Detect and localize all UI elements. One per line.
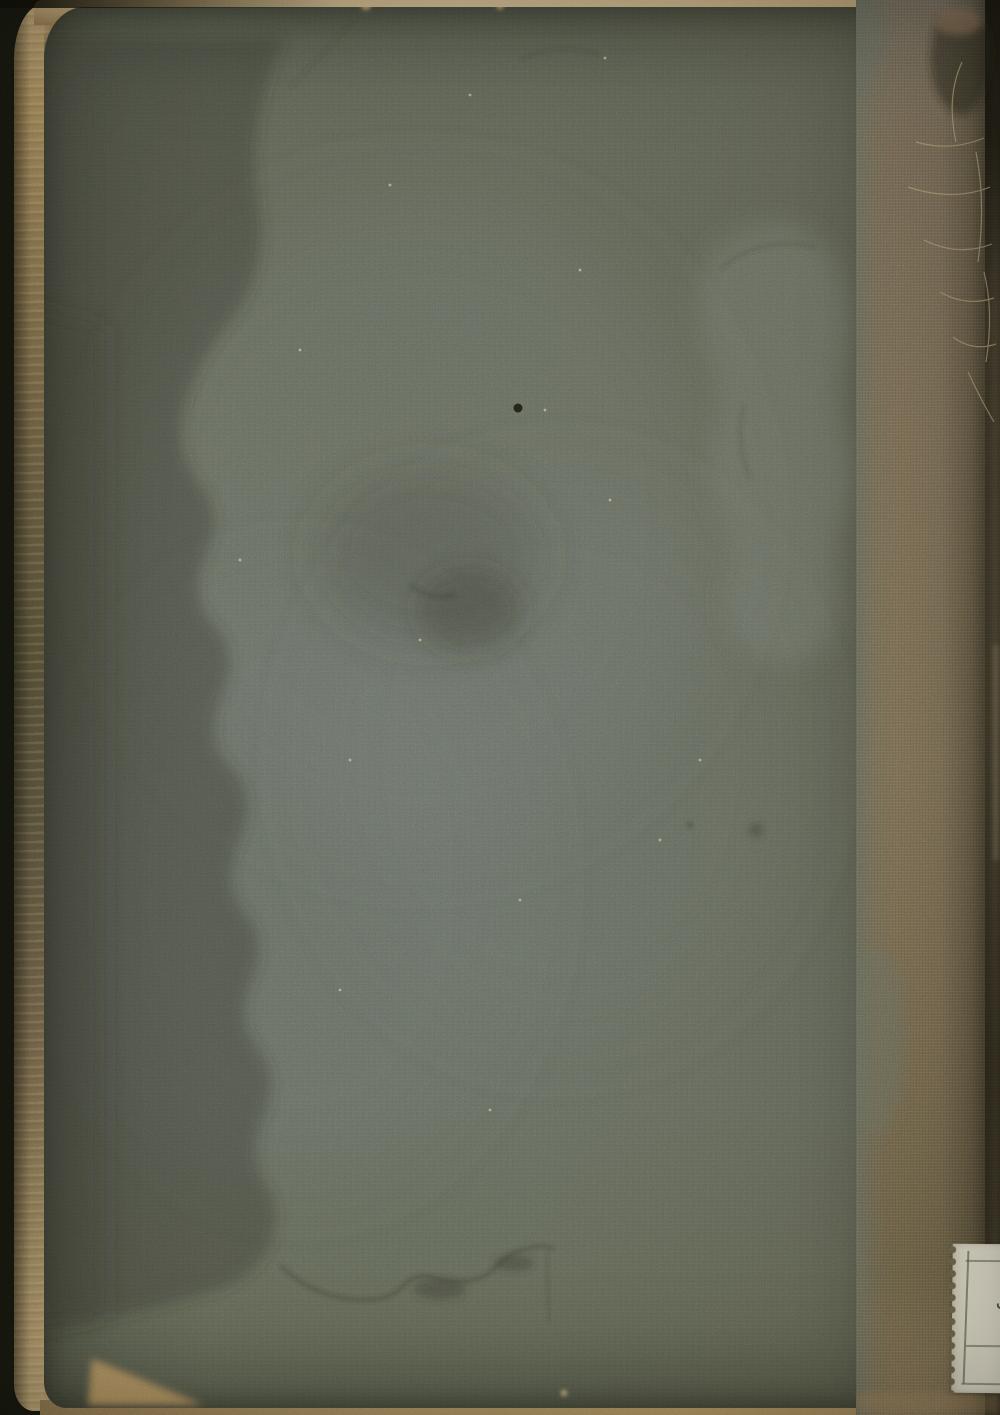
corner-wear-wedge (88, 1359, 204, 1405)
bottom-tideline (280, 1246, 554, 1323)
spine-cloth-detail (856, 0, 1000, 1415)
catalog-label: ت ای م (951, 1244, 1000, 1394)
label-text-fragment: ای (992, 1286, 1000, 1312)
book-cover-scan: ت ای م (0, 0, 1000, 1415)
cover-stains (44, 7, 875, 1408)
cloth-bottom-fade (856, 1393, 1000, 1415)
crease-line (290, 22, 352, 88)
label-rule-middle (966, 1345, 1000, 1347)
ink-spot (514, 404, 523, 413)
edge-chip (361, 7, 371, 10)
label-rule-top (966, 1260, 1000, 1262)
frayed-threads (908, 62, 996, 422)
cloth-gray-overlap (856, 0, 886, 85)
worn-underlayer-patch (934, 9, 982, 35)
cloth-gray-spill (856, 945, 906, 1135)
label-border-line (963, 1251, 970, 1384)
right-edge-light-sliver (993, 645, 999, 860)
edge-chip (497, 7, 504, 10)
label-rule-bottom (961, 1383, 1000, 1385)
